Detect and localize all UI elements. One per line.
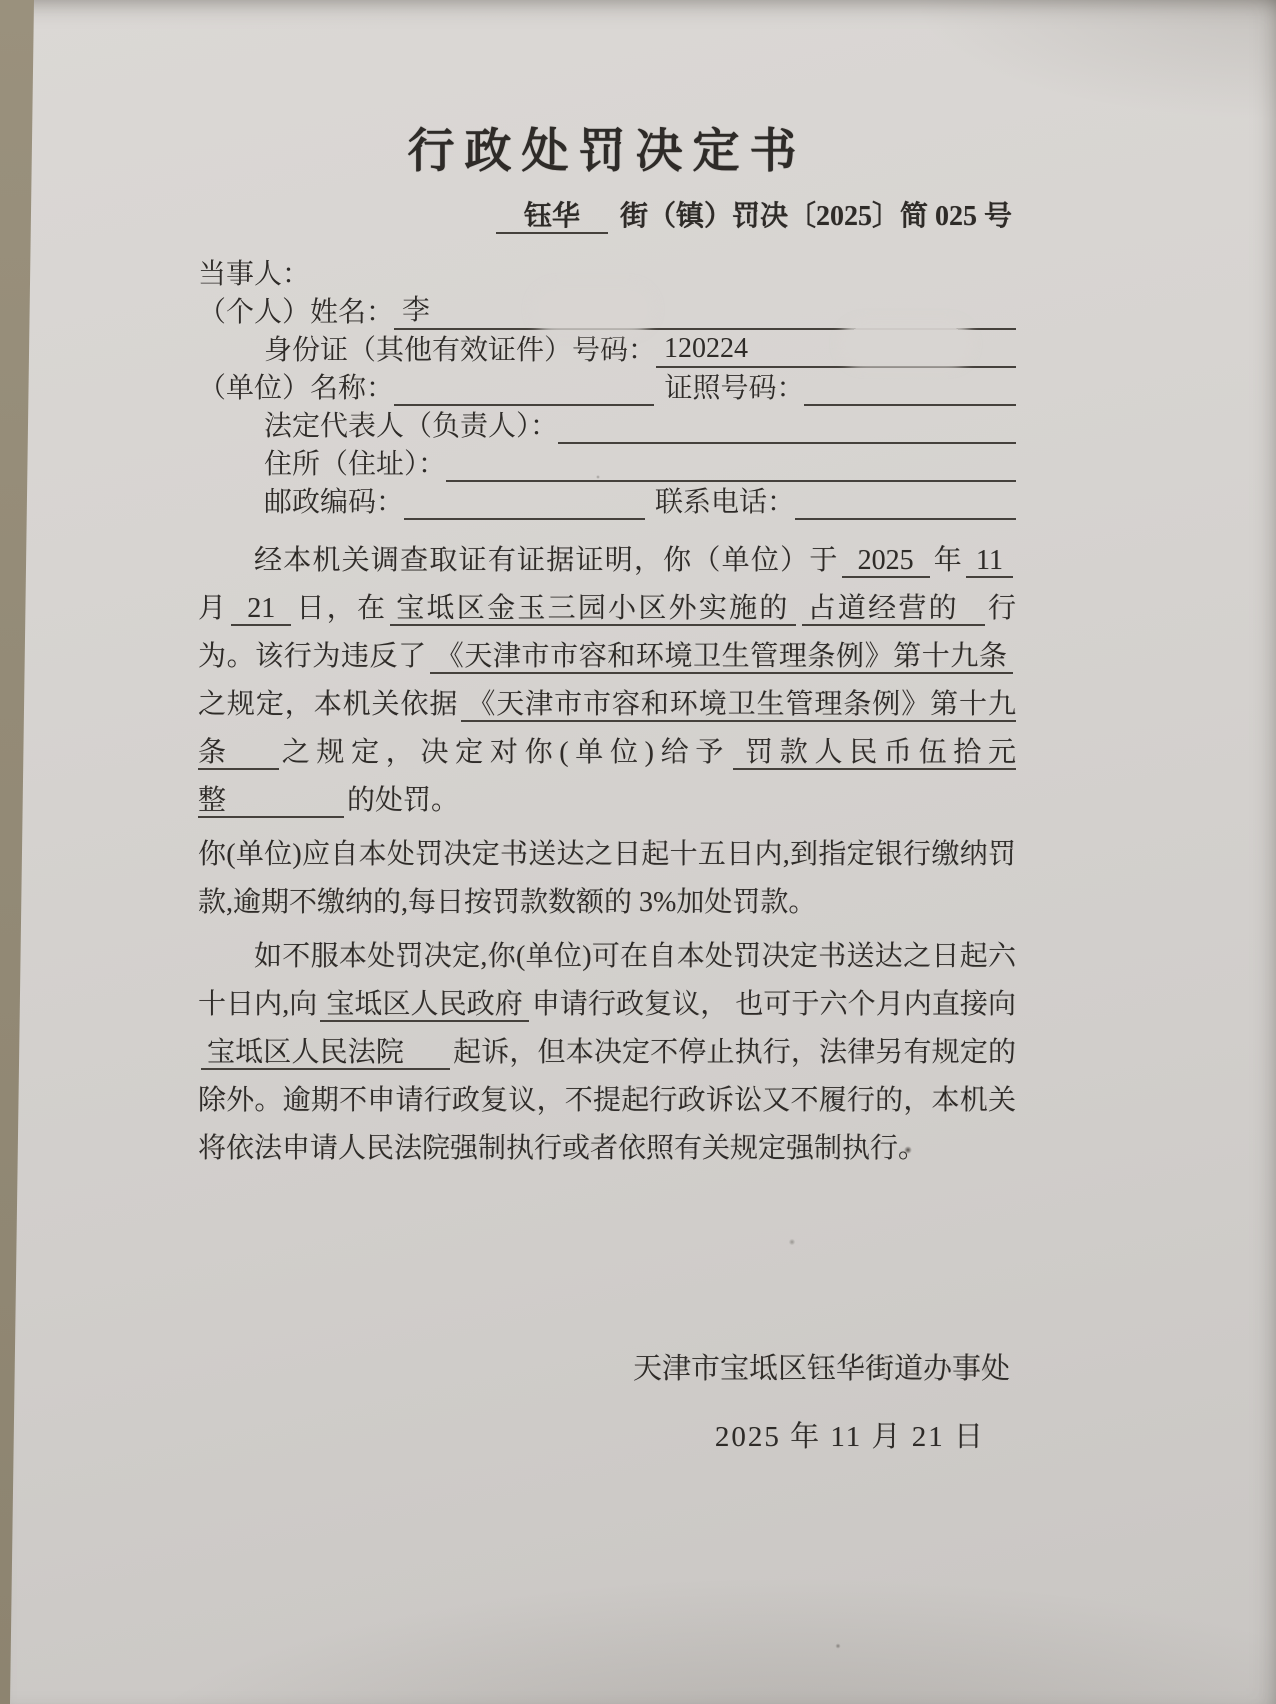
text-segment: 月 [198, 593, 228, 624]
text-segment: 经本机关调查取证有证据证明，你（单位）于 [254, 545, 839, 576]
id-label: 身份证（其他有效证件）号码： [264, 334, 656, 368]
issuing-agency: 天津市宝坻区钰华街道办事处 [198, 1349, 1010, 1389]
decision-date: 2025 年 11 月 21 日 [198, 1417, 985, 1457]
party-heading-row: 当事人： [198, 254, 1016, 292]
year-blank-filled: 2025 [842, 545, 930, 578]
legal-rep-label: 法定代表人（负责人）： [264, 410, 558, 444]
day-blank-filled: 21 [231, 593, 291, 626]
postcode-label: 邮政编码： [264, 486, 404, 520]
address-blank [446, 480, 1016, 482]
name-value-blank: 李 [394, 294, 1016, 330]
redaction-blur-id-number [846, 326, 966, 362]
address-row: 住所（住址）： [198, 444, 1016, 482]
document-number-text: 街（镇）罚决〔2025〕简 025 号 [620, 201, 1012, 232]
regulation-blank-filled: 《天津市市容和环境卫生管理条例》第十九条 [430, 641, 1013, 674]
text-segment: 的处罚。 [347, 785, 459, 816]
phone-label: 联系电话： [655, 486, 795, 520]
violation-blank-filled: 占道经营的 [802, 593, 985, 626]
issuer-blank-filled: 钰华 [496, 201, 608, 234]
text-segment: 年 [933, 545, 963, 576]
photo-of-document: { "document": { "title": "行政处罚决定书", "doc… [0, 0, 1276, 1704]
org-name-label: （单位）名称： [198, 372, 394, 406]
document-paper: 行政处罚决定书 钰华街（镇）罚决〔2025〕简 025 号 当事人： （个人）姓… [0, 0, 1276, 1704]
license-blank [804, 404, 1016, 406]
name-label: （个人）姓名： [198, 296, 394, 330]
text-segment: 日，在 [294, 593, 387, 624]
body-paragraph-payment: 你(单位)应自本处罚决定书送达之日起十五日内,到指定银行缴纳罚款,逾期不缴纳的,… [198, 831, 1016, 927]
phone-blank [795, 518, 1016, 520]
license-label: 证照号码： [664, 372, 804, 406]
legal-rep-row: 法定代表人（负责人）： [198, 406, 1016, 444]
document-title: 行政处罚决定书 [198, 120, 1016, 184]
party-heading: 当事人： [198, 258, 310, 292]
text-segment: 你(单位)应自本处罚决定书送达之日起十五日内,到指定银行缴纳罚款,逾期不缴纳的,… [198, 839, 1016, 918]
month-blank-filled: 11 [966, 545, 1013, 578]
address-label: 住所（住址）： [264, 448, 446, 482]
document-number-line: 钰华街（镇）罚决〔2025〕简 025 号 [198, 196, 1016, 238]
court-blank-filled: 宝坻区人民法院 [201, 1037, 450, 1070]
redaction-blur-name [538, 290, 648, 328]
org-name-row: （单位）名称： 证照号码： [198, 368, 1016, 406]
text-segment: 之规定，本机关依据 [198, 689, 458, 720]
postcode-blank [404, 518, 645, 520]
org-name-blank [394, 404, 654, 406]
postcode-phone-row: 邮政编码： 联系电话： [198, 482, 1016, 520]
review-authority-blank-filled: 宝坻区人民政府 [320, 989, 528, 1022]
body-paragraph-findings: 经本机关调查取证有证据证明，你（单位）于2025年11月21日，在宝坻区金玉三园… [198, 537, 1016, 825]
text-segment: 之规定，决定对你(单位)给予 [282, 737, 730, 768]
location-blank-filled: 宝坻区金玉三园小区外实施的 [390, 593, 795, 626]
text-segment: 申请行政复议， 也可于六个月内直接向 [532, 989, 1016, 1020]
body-section: 经本机关调查取证有证据证明，你（单位）于2025年11月21日，在宝坻区金玉三园… [198, 537, 1016, 1173]
signature-section: 天津市宝坻区钰华街道办事处 2025 年 11 月 21 日 [198, 1349, 1016, 1457]
body-paragraph-appeal: 如不服本处罚决定,你(单位)可在自本处罚决定书送达之日起六十日内,向宝坻区人民政… [198, 933, 1016, 1173]
legal-rep-blank [558, 442, 1016, 444]
